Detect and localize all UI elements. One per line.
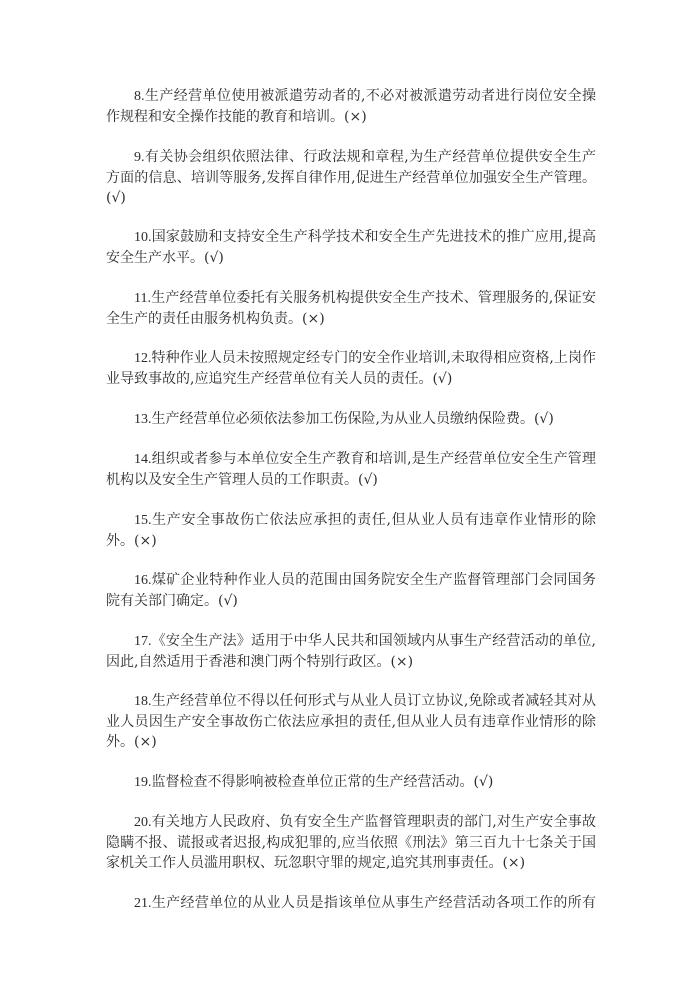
question-number: 14. <box>134 452 152 467</box>
question-number: 18. <box>134 694 152 709</box>
question-item-11: 11.生产经营单位委托有关服务机构提供安全生产技术、管理服务的,保证安全生产的责… <box>106 288 596 329</box>
question-number: 9. <box>134 150 145 165</box>
question-number: 12. <box>134 351 152 366</box>
question-item-16: 16.煤矿企业特种作业人员的范围由国务院安全生产监督管理部门会同国务院有关部门确… <box>106 570 596 611</box>
answer-mark: (√) <box>358 472 378 488</box>
question-item-13: 13.生产经营单位必须依法参加工伤保险,为从业人员缴纳保险费。(√) <box>106 409 596 430</box>
question-list: 8.生产经营单位使用被派遣劳动者的,不必对被派遣劳动者进行岗位安全操作规程和安全… <box>106 86 596 933</box>
question-item-12: 12.特种作业人员未按照规定经专门的安全作业培训,未取得相应资格,上岗作业导致事… <box>106 348 596 389</box>
question-number: 20. <box>134 815 152 830</box>
question-item-20: 20.有关地方人民政府、负有安全生产监督管理职责的部门,对生产安全事故隐瞒不报、… <box>106 812 596 873</box>
question-number: 10. <box>134 230 152 245</box>
question-statement: 生产经营单位不得以任何形式与从业人员订立协议,免除或者减轻其对从业人员因生产安全… <box>106 693 596 750</box>
document-page: 8.生产经营单位使用被派遣劳动者的,不必对被派遣劳动者进行岗位安全操作规程和安全… <box>0 0 700 990</box>
question-statement: 生产经营单位必须依法参加工伤保险,为从业人员缴纳保险费。 <box>152 411 534 427</box>
question-item-15: 15.生产安全事故伤亡依法应承担的责任,但从业人员有违章作业情形的除外。(×) <box>106 510 596 551</box>
question-number: 11. <box>134 291 151 306</box>
question-number: 21. <box>134 896 152 911</box>
answer-mark: (√) <box>204 250 224 266</box>
question-item-19: 19.监督检查不得影响被检查单位正常的生产经营活动。(√) <box>106 772 596 793</box>
question-statement: 生产经营单位委托有关服务机构提供安全生产技术、管理服务的,保证安全生产的责任由服… <box>106 290 596 327</box>
question-statement: 组织或者参与本单位安全生产教育和培训,是生产经营单位安全生产管理机构以及安全生产… <box>106 451 596 488</box>
question-number: 13. <box>134 412 152 427</box>
answer-mark: (×) <box>302 311 325 327</box>
answer-mark: (√) <box>474 774 494 790</box>
question-statement: 生产安全事故伤亡依法应承担的责任,但从业人员有违章作业情形的除外。 <box>106 512 596 549</box>
question-statement: 《安全生产法》适用于中华人民共和国领域内从事生产经营活动的单位,因此,自然适用于… <box>106 633 596 670</box>
answer-mark: (√) <box>106 190 126 206</box>
question-item-10: 10.国家鼓励和支持安全生产科学技术和安全生产先进技术的推广应用,提高安全生产水… <box>106 227 596 268</box>
answer-mark: (√) <box>534 411 554 427</box>
question-item-21: 21.生产经营单位的从业人员是指该单位从事生产经营活动各项工作的所有 <box>106 893 596 914</box>
answer-mark: (×) <box>502 855 525 871</box>
question-item-17: 17.《安全生产法》适用于中华人民共和国领域内从事生产经营活动的单位,因此,自然… <box>106 631 596 672</box>
question-statement: 国家鼓励和支持安全生产科学技术和安全生产先进技术的推广应用,提高安全生产水平。 <box>106 229 596 266</box>
question-number: 15. <box>134 513 152 528</box>
question-statement: 特种作业人员未按照规定经专门的安全作业培训,未取得相应资格,上岗作业导致事故的,… <box>106 350 596 387</box>
answer-mark: (×) <box>134 734 157 750</box>
question-number: 8. <box>134 89 145 104</box>
question-item-8: 8.生产经营单位使用被派遣劳动者的,不必对被派遣劳动者进行岗位安全操作规程和安全… <box>106 86 596 127</box>
question-statement: 监督检查不得影响被检查单位正常的生产经营活动。 <box>152 774 474 790</box>
answer-mark: (×) <box>344 109 367 125</box>
answer-mark: (×) <box>134 533 157 549</box>
answer-mark: (√) <box>218 593 238 609</box>
answer-mark: (√) <box>432 371 452 387</box>
question-item-14: 14.组织或者参与本单位安全生产教育和培训,是生产经营单位安全生产管理机构以及安… <box>106 449 596 490</box>
question-number: 17. <box>134 634 152 649</box>
question-item-9: 9.有关协会组织依照法律、行政法规和章程,为生产经营单位提供安全生产方面的信息、… <box>106 147 596 208</box>
question-statement: 有关协会组织依照法律、行政法规和章程,为生产经营单位提供安全生产方面的信息、培训… <box>106 149 596 186</box>
question-number: 16. <box>134 573 152 588</box>
question-item-18: 18.生产经营单位不得以任何形式与从业人员订立协议,免除或者减轻其对从业人员因生… <box>106 691 596 752</box>
answer-mark: (×) <box>390 654 413 670</box>
question-number: 19. <box>134 775 152 790</box>
question-statement: 生产经营单位的从业人员是指该单位从事生产经营活动各项工作的所有 <box>152 895 597 911</box>
question-statement: 煤矿企业特种作业人员的范围由国务院安全生产监督管理部门会同国务院有关部门确定。 <box>106 572 596 609</box>
